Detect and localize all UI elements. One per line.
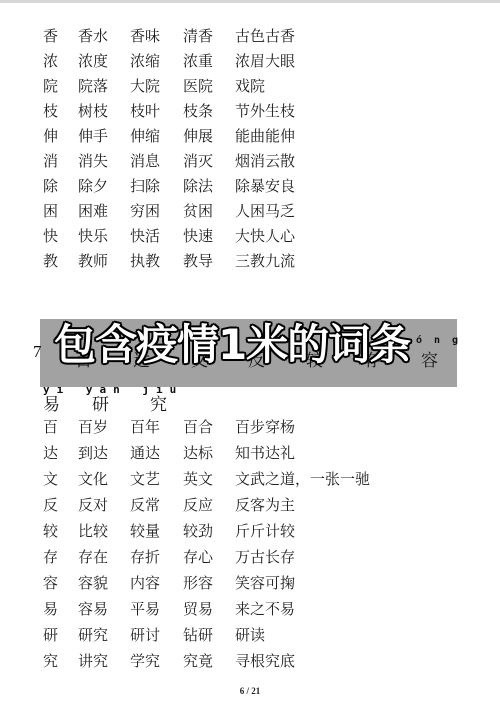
vocab-word: 文艺	[130, 467, 183, 493]
vocab-word: 困难	[78, 200, 130, 225]
vocab-head-char: 百	[43, 415, 78, 441]
vocab-head-char: 枝	[43, 100, 78, 125]
vocab-word: 消灭	[183, 150, 235, 175]
vocab-word: 执教	[130, 250, 183, 275]
vocab-word: 研讨	[130, 623, 183, 649]
vocab-head-char: 较	[43, 519, 78, 545]
vocab-idiom: 百步穿杨	[235, 415, 483, 441]
vocab-word: 学究	[130, 649, 183, 675]
vocab-row: 研研究研讨钻研研读	[43, 623, 483, 649]
vocab-word: 文化	[78, 467, 130, 493]
vocab-word: 贸易	[183, 597, 235, 623]
textbook-page: { "page": { "background": "#ffffff", "te…	[0, 0, 500, 707]
vocab-word: 内容	[130, 571, 183, 597]
vocab-head-char: 达	[43, 441, 78, 467]
vocab-word: 消息	[130, 150, 183, 175]
vocab-word: 达标	[183, 441, 235, 467]
vocab-row: 浓浓度浓缩浓重浓眉大眼	[43, 50, 483, 75]
vocab-word: 较量	[130, 519, 183, 545]
vocab-idiom: 笑容可掬	[235, 571, 483, 597]
vocab-word: 反常	[130, 493, 183, 519]
vocab-word: 医院	[183, 75, 235, 100]
vocab-head-char: 易	[43, 597, 78, 623]
vocab-row: 消消失消息消灭烟消云散	[43, 150, 483, 175]
header-char: 究	[150, 395, 167, 415]
page-top-edge	[0, 0, 500, 3]
vocab-row: 反反对反常反应反客为主	[43, 493, 483, 519]
vocab-word: 伸展	[183, 125, 235, 150]
vocab-idiom: 三教九流	[235, 250, 483, 275]
vocab-idiom: 研读	[235, 623, 483, 649]
vocab-row: 枝树枝枝叶枝条节外生枝	[43, 100, 483, 125]
vocab-idiom: 大快人心	[235, 225, 483, 250]
vocab-idiom: 古色古香	[235, 25, 483, 50]
vocab-row: 院院落大院医院戏院	[43, 75, 483, 100]
vocab-word: 枝条	[183, 100, 235, 125]
vocab-word: 大院	[130, 75, 183, 100]
vocab-row: 存存在存折存心万古长存	[43, 545, 483, 571]
vocab-word: 通达	[130, 441, 183, 467]
vocab-head-char: 快	[43, 225, 78, 250]
header-char: 研	[92, 395, 109, 415]
vocab-idiom: 除暴安良	[235, 175, 483, 200]
banner-title: 包含疫情1米的词条	[54, 321, 410, 369]
vocab-word: 反应	[183, 493, 235, 519]
vocab-word: 快速	[183, 225, 235, 250]
vocab-head-char: 伸	[43, 125, 78, 150]
vocab-idiom: 斤斤计较	[235, 519, 483, 545]
vocab-word: 浓度	[78, 50, 130, 75]
vocab-word: 百年	[130, 415, 183, 441]
vocab-word: 反对	[78, 493, 130, 519]
vocab-row: 伸伸手伸缩伸展能曲能伸	[43, 125, 483, 150]
vocab-word: 除法	[183, 175, 235, 200]
vocab-word: 扫除	[130, 175, 183, 200]
vocab-word: 教师	[78, 250, 130, 275]
vocab-row: 文文化文艺英文文武之道，一张一驰	[43, 467, 483, 493]
covered-char: 容	[421, 351, 441, 371]
vocab-word: 浓缩	[130, 50, 183, 75]
vocab-word: 存在	[78, 545, 130, 571]
vocab-word: 快活	[130, 225, 183, 250]
vocab-head-char: 研	[43, 623, 78, 649]
vocab-row: 较比较较量较劲斤斤计较	[43, 519, 483, 545]
vocab-word: 枝叶	[130, 100, 183, 125]
vocab-word: 伸缩	[130, 125, 183, 150]
vocab-head-char: 存	[43, 545, 78, 571]
vocab-head-char: 消	[43, 150, 78, 175]
header-char: 易	[43, 395, 60, 415]
vocab-word: 形容	[183, 571, 235, 597]
vocab-word: 钻研	[183, 623, 235, 649]
vocab-word: 研究	[78, 623, 130, 649]
vocab-word: 百合	[183, 415, 235, 441]
vocab-word: 英文	[183, 467, 235, 493]
vocab-head-char: 除	[43, 175, 78, 200]
vocab-word: 院落	[78, 75, 130, 100]
vocab-word: 贫困	[183, 200, 235, 225]
header-character-row: 易研究	[0, 395, 500, 415]
vocab-word: 快乐	[78, 225, 130, 250]
vocab-row: 香香水香味清香古色古香	[43, 25, 483, 50]
vocab-idiom: 能曲能伸	[235, 125, 483, 150]
vocab-word: 容貌	[78, 571, 130, 597]
vocab-word: 清香	[183, 25, 235, 50]
vocab-head-char: 教	[43, 250, 78, 275]
vocab-word: 除夕	[78, 175, 130, 200]
vocab-word: 到达	[78, 441, 130, 467]
vocab-word: 消失	[78, 150, 130, 175]
vocab-row: 达到达通达达标知书达礼	[43, 441, 483, 467]
vocab-idiom: 节外生枝	[235, 100, 483, 125]
vocab-idiom: 人困马乏	[235, 200, 483, 225]
vocab-idiom: 文武之道，一张一驰	[235, 467, 483, 493]
vocab-head-char: 香	[43, 25, 78, 50]
vocab-word: 香味	[130, 25, 183, 50]
vocab-idiom: 万古长存	[235, 545, 483, 571]
vocab-word: 容易	[78, 597, 130, 623]
vocab-head-char: 院	[43, 75, 78, 100]
vocab-row: 易容易平易贸易来之不易	[43, 597, 483, 623]
vocab-head-char: 容	[43, 571, 78, 597]
vocab-head-char: 反	[43, 493, 78, 519]
vocab-row: 究讲究学究究竟寻根究底	[43, 649, 483, 675]
vocab-word: 比较	[78, 519, 130, 545]
vocab-word: 教导	[183, 250, 235, 275]
vocab-word: 树枝	[78, 100, 130, 125]
vocab-idiom: 来之不易	[235, 597, 483, 623]
vocab-row: 除除夕扫除除法除暴安良	[43, 175, 483, 200]
vocab-idiom: 浓眉大眼	[235, 50, 483, 75]
vocab-idiom: 反客为主	[235, 493, 483, 519]
vocab-idiom: 烟消云散	[235, 150, 483, 175]
vocab-section-top: 香香水香味清香古色古香浓浓度浓缩浓重浓眉大眼院院落大院医院戏院枝树枝枝叶枝条节外…	[43, 25, 483, 275]
page-number: 6 / 21	[0, 686, 500, 696]
vocab-row: 教教师执教教导三教九流	[43, 250, 483, 275]
vocab-row: 困困难穷困贫困人困马乏	[43, 200, 483, 225]
vocab-row: 百百岁百年百合百步穿杨	[43, 415, 483, 441]
vocab-word: 较劲	[183, 519, 235, 545]
vocab-head-char: 究	[43, 649, 78, 675]
vocab-head-char: 浓	[43, 50, 78, 75]
vocab-word: 百岁	[78, 415, 130, 441]
vocab-idiom: 寻根究底	[235, 649, 483, 675]
vocab-row: 容容貌内容形容笑容可掬	[43, 571, 483, 597]
vocab-word: 伸手	[78, 125, 130, 150]
vocab-section-bottom: 百百岁百年百合百步穿杨达到达通达达标知书达礼文文化文艺英文文武之道，一张一驰反反…	[43, 415, 483, 675]
vocab-word: 存折	[130, 545, 183, 571]
vocab-head-char: 困	[43, 200, 78, 225]
vocab-head-char: 文	[43, 467, 78, 493]
vocab-word: 平易	[130, 597, 183, 623]
vocab-word: 究竟	[183, 649, 235, 675]
vocab-word: 存心	[183, 545, 235, 571]
vocab-idiom: 知书达礼	[235, 441, 483, 467]
vocab-word: 浓重	[183, 50, 235, 75]
lesson-number: 7	[33, 343, 42, 361]
vocab-idiom: 戏院	[235, 75, 483, 100]
vocab-word: 穷困	[130, 200, 183, 225]
vocab-row: 快快乐快活快速大快人心	[43, 225, 483, 250]
vocab-word: 香水	[78, 25, 130, 50]
vocab-word: 讲究	[78, 649, 130, 675]
